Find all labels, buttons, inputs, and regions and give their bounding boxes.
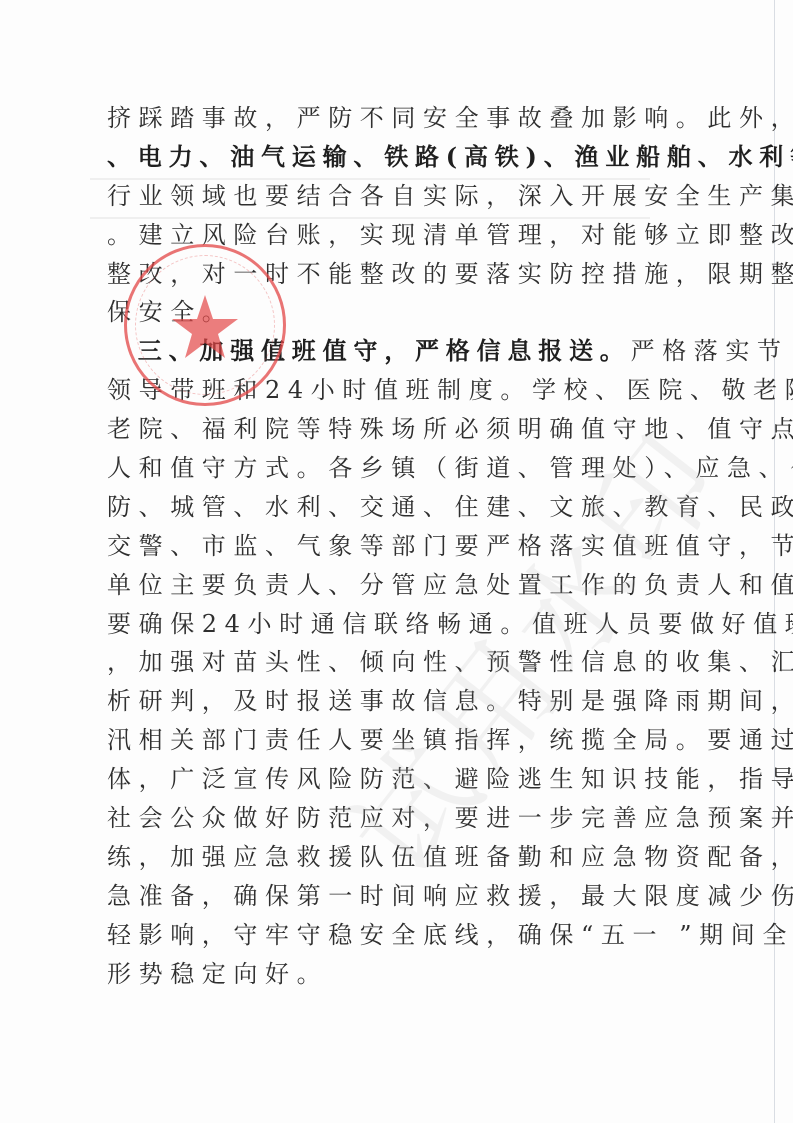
text-line: 。建立风险台账，实现清单管理，对能够立即整改的马上 [107,216,667,255]
section-heading-line: 三、加强值班值守，严格信息报送。严格落实节日期间 [107,332,667,371]
text-line: 轻影响，守牢守稳安全底线，确保“五一 ”期间全县安全 [107,916,667,955]
text-line: 体，广泛宣传风险防范、避险逃生知识技能，指导企业和 [107,760,667,799]
text-line: 要确保24小时通信联络畅通。值班人员要做好值班记录 [107,605,667,644]
document-page: 挤踩踏事故，严防不同安全事故叠加影响。此外，民爆物品 、电力、油气运输、铁路(高… [0,0,793,1123]
text-line: 行业领域也要结合各自实际，深入开展安全生产集中整治 [107,177,667,216]
text-line: 挤踩踏事故，严防不同安全事故叠加影响。此外，民爆物品 [107,99,667,138]
text-line: 防、城管、水利、交通、住建、文旅、教育、民政、卫健、 [107,488,667,527]
text-line: ，加强对苗头性、倾向性、预警性信息的收集、汇总和分 [107,643,667,682]
body-text: 挤踩踏事故，严防不同安全事故叠加影响。此外，民爆物品 、电力、油气运输、铁路(高… [107,99,667,993]
text-line: 练，加强应急救援队伍值班备勤和应急物资配备，做好应 [107,838,667,877]
text-line: 汛相关部门责任人要坐镇指挥，统揽全局。要通过各类媒 [107,721,667,760]
text-line: 人和值守方式。各乡镇（街道、管理处）、应急、公安、消 [107,449,667,488]
section-heading: 三、加强值班值守，严格信息报送。 [107,336,631,365]
text-line: 老院、福利院等特殊场所必须明确值守地、值守点、值守 [107,410,667,449]
text-line: 析研判，及时报送事故信息。特别是强降雨期间，全县防 [107,682,667,721]
text-line: 急准备，确保第一时间响应救援，最大限度减少伤亡、减 [107,877,667,916]
text-line: 、电力、油气运输、铁路(高铁)、渔业船舶、水利等重点 [107,138,667,177]
text-line: 整改，对一时不能整改的要落实防控措施，限期整改，确 [107,255,667,294]
text-line: 交警、市监、气象等部门要严格落实值班值守，节日期间 [107,527,667,566]
text-line: 领导带班和24小时值班制度。学校、医院、敬老院、养 [107,371,667,410]
text-line: 社会公众做好防范应对，要进一步完善应急预案并开展演 [107,799,667,838]
text-line: 保安全。 [107,293,667,332]
text-line: 单位主要负责人、分管应急处置工作的负责人和值班电话 [107,566,667,605]
text-line: 形势稳定向好。 [107,955,667,994]
